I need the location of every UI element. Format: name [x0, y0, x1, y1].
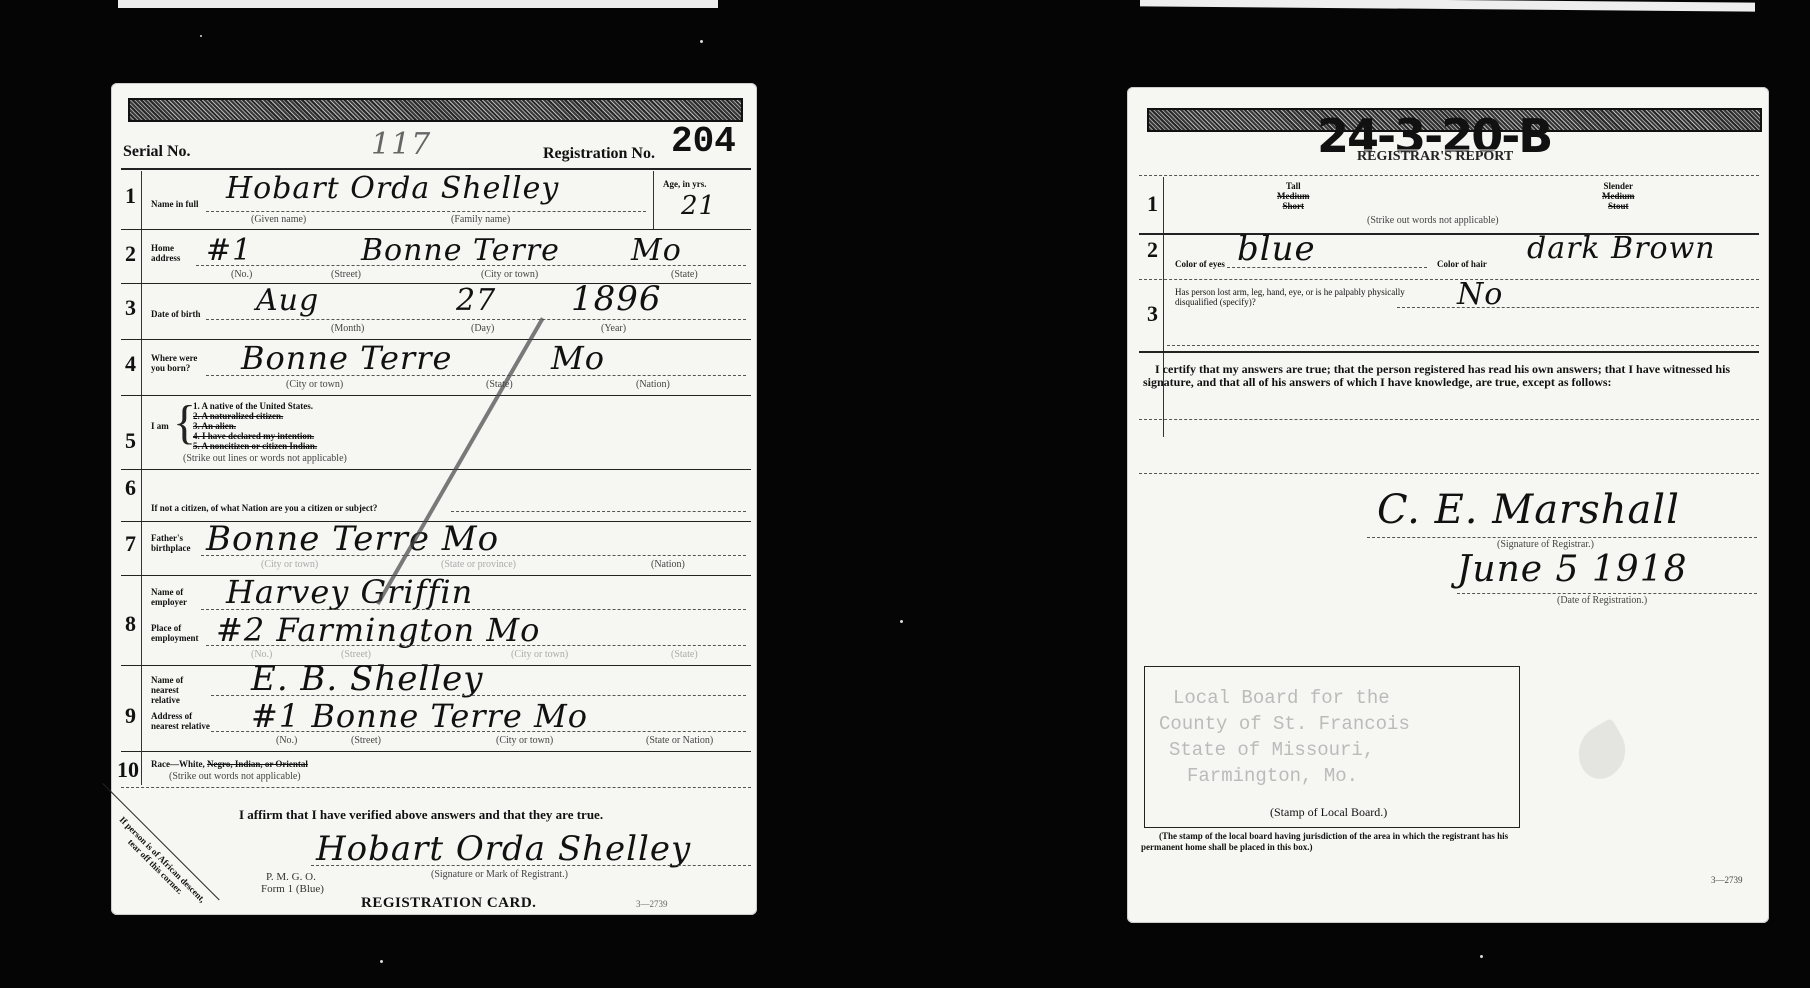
stamp-caption: (Stamp of Local Board.)	[1270, 805, 1387, 820]
registration-value: 204	[671, 121, 736, 162]
employer-label: Name of employer	[151, 587, 196, 607]
race-note: (Strike out words not applicable)	[169, 771, 301, 782]
dust-speck	[1480, 955, 1483, 958]
caption-state-nation: (State or Nation)	[646, 735, 713, 746]
row-number-2: 2	[125, 241, 136, 267]
row-number-8: 8	[125, 611, 136, 637]
age-value: 21	[681, 191, 716, 221]
citizenship-options: 1. A native of the United States. 2. A n…	[193, 401, 317, 451]
home-address-label: Home address	[151, 243, 191, 263]
card-header-banner	[128, 98, 743, 122]
dob-label: Date of birth	[151, 309, 201, 319]
relative-address-label: Address of nearest relative	[151, 711, 211, 731]
nation-question: If not a citizen, of what Nation are you…	[151, 503, 377, 513]
caption-no: (No.)	[231, 269, 252, 280]
row-number-divider	[141, 751, 142, 785]
employer-value: Harvey Griffin	[226, 573, 473, 611]
caption-nation: (Nation)	[636, 379, 670, 390]
age-divider	[653, 171, 654, 229]
registrar-signature: C. E. Marshall	[1377, 487, 1680, 533]
caption-state: (State)	[671, 649, 698, 660]
dust-speck	[200, 35, 202, 37]
race-label: Race—White, Negro, Indian, or Oriental	[151, 759, 308, 769]
height-short: Short	[1277, 201, 1310, 211]
signature-line	[311, 865, 751, 866]
caption-month: (Month)	[331, 323, 364, 334]
report-title: REGISTRAR'S REPORT	[1357, 149, 1513, 165]
divider	[121, 395, 751, 396]
eye-color-label: Color of eyes	[1175, 259, 1225, 269]
tear-off-corner-line	[102, 783, 219, 900]
dotted-line	[201, 609, 746, 610]
form-id-1: P. M. G. O.	[266, 871, 316, 883]
caption-year: (Year)	[601, 323, 626, 334]
dotted-line	[206, 645, 746, 646]
caption-street: (Street)	[351, 735, 381, 746]
strike-note: (Strike out lines or words not applicabl…	[183, 453, 347, 464]
relative-address-value: #1 Bonne Terre Mo	[251, 697, 588, 735]
strike-note: (Strike out words not applicable)	[1367, 215, 1499, 226]
row-number-2: 2	[1147, 237, 1158, 263]
divider	[121, 168, 751, 170]
caption-state: (State)	[671, 269, 698, 280]
signature-caption: (Signature or Mark of Registrant.)	[431, 869, 568, 880]
dotted-line	[201, 555, 746, 556]
age-label: Age, in yrs.	[663, 179, 707, 189]
father-birthplace-label: Father's birthplace	[151, 533, 196, 553]
dotted-line	[211, 731, 746, 732]
build-slender: Slender	[1602, 181, 1635, 191]
birthplace-value: Bonne Terre	[241, 339, 452, 377]
build-medium: Medium	[1602, 191, 1635, 201]
divider	[121, 229, 751, 230]
registrant-signature: Hobart Orda Shelley	[316, 829, 691, 869]
name-value: Hobart Orda Shelley	[226, 171, 559, 206]
row-number-5: 5	[125, 428, 136, 454]
option-2: 2. A naturalized citizen.	[193, 411, 317, 421]
home-address-state: Mo	[631, 233, 682, 268]
divider	[121, 787, 751, 788]
stamp-note: (The stamp of the local board having jur…	[1141, 831, 1521, 853]
birthplace-label: Where were you born?	[151, 353, 206, 373]
dotted-line	[1227, 267, 1427, 268]
card-title: REGISTRATION CARD.	[361, 895, 536, 912]
caption-state-province: (State or province)	[441, 559, 516, 570]
dust-speck	[380, 960, 383, 963]
dob-month: Aug	[256, 283, 319, 318]
stamp-line-3: State of Missouri,	[1159, 737, 1410, 763]
height-tall: Tall	[1277, 181, 1310, 191]
employment-place-label: Place of employment	[151, 623, 206, 643]
serial-value: 117	[371, 127, 431, 162]
dob-year: 1896	[571, 279, 662, 319]
divider	[1139, 279, 1759, 280]
caption-family-name: (Family name)	[451, 214, 510, 225]
relative-name-label: Name of nearest relative	[151, 675, 206, 705]
height-options: Tall Medium Short	[1277, 181, 1310, 211]
dust-speck	[700, 40, 703, 43]
registration-date: June 5 1918	[1457, 549, 1688, 590]
print-code: 3—2739	[1711, 875, 1743, 885]
exceptions-line	[1139, 473, 1759, 474]
signature-line	[1367, 537, 1757, 538]
row-number-1: 1	[1147, 191, 1158, 217]
option-3: 3. An alien.	[193, 421, 317, 431]
row-number-divider	[1163, 177, 1164, 437]
row-number-4: 4	[125, 351, 136, 377]
date-caption: (Date of Registration.)	[1557, 595, 1647, 606]
relative-name-value: E. B. Shelley	[251, 659, 483, 699]
stamp-text: Local Board for the County of St. Franco…	[1159, 685, 1410, 789]
watermark-icon	[1568, 718, 1636, 786]
row-number-3: 3	[1147, 301, 1158, 327]
caption-nation: (Nation)	[651, 559, 685, 570]
registration-label: Registration No.	[543, 145, 655, 163]
divider	[121, 751, 751, 752]
dotted-line	[1167, 345, 1759, 346]
disqualification-question: Has person lost arm, leg, hand, eye, or …	[1175, 287, 1405, 307]
birthplace-state: Mo	[551, 339, 605, 377]
caption-street: (Street)	[331, 269, 361, 280]
top-edge-strip-left	[118, 0, 718, 8]
hair-color-label: Color of hair	[1437, 259, 1487, 269]
dotted-line	[1397, 307, 1759, 308]
dotted-line	[206, 319, 746, 320]
row-number-1: 1	[125, 183, 136, 209]
home-address-no: #1	[206, 233, 252, 268]
caption-city: (City or town)	[481, 269, 538, 280]
caption-city: (City or town)	[511, 649, 568, 660]
home-address-city: Bonne Terre	[361, 233, 560, 268]
caption-day: (Day)	[471, 323, 494, 334]
row-number-6: 6	[125, 475, 136, 501]
dotted-line	[451, 511, 746, 512]
divider	[1139, 175, 1759, 176]
option-5: 5. A noncitizen or citizen Indian.	[193, 441, 317, 451]
row-number-3: 3	[125, 295, 136, 321]
dust-speck	[900, 620, 903, 623]
stamp-line-2: County of St. Francois	[1159, 711, 1410, 737]
top-edge-strip-right	[1140, 0, 1755, 12]
row-number-7: 7	[125, 531, 136, 557]
row-number-divider	[141, 171, 142, 671]
build-options: Slender Medium Stout	[1602, 181, 1635, 211]
caption-no: (No.)	[276, 735, 297, 746]
certify-text: I certify that my answers are true; that…	[1143, 363, 1757, 389]
caption-city: (City or town)	[261, 559, 318, 570]
dotted-line	[206, 375, 746, 376]
date-line	[1457, 593, 1757, 594]
dotted-line	[206, 211, 646, 212]
caption-given-name: (Given name)	[251, 214, 306, 225]
father-birthplace-value: Bonne Terre Mo	[206, 519, 499, 559]
tear-off-corner-note: If person is of African descent, tear of…	[110, 814, 209, 913]
registrars-report-card: 24-3-20-B REGISTRAR'S REPORT 1 Tall Medi…	[1127, 87, 1769, 923]
divider	[1139, 351, 1759, 353]
race-value: Race—White,	[151, 759, 205, 769]
row-number-10: 10	[117, 757, 139, 783]
citizenship-prefix: I am	[151, 421, 169, 431]
option-1: 1. A native of the United States.	[193, 401, 317, 411]
dotted-line	[211, 695, 746, 696]
race-struck-options: Negro, Indian, or Oriental	[207, 759, 308, 769]
caption-city: (City or town)	[286, 379, 343, 390]
stamp-line-4: Farmington, Mo.	[1159, 763, 1410, 789]
dob-day: 27	[456, 283, 496, 318]
caption-city: (City or town)	[496, 735, 553, 746]
option-4: 4. I have declared my intention.	[193, 431, 317, 441]
serial-label: Serial No.	[123, 143, 191, 161]
dotted-line	[196, 265, 746, 266]
print-code: 3—2739	[636, 899, 668, 909]
local-board-stamp-box: Local Board for the County of St. Franco…	[1144, 666, 1520, 828]
affirm-text: I affirm that I have verified above answ…	[239, 807, 603, 823]
build-stout: Stout	[1602, 201, 1635, 211]
height-medium: Medium	[1277, 191, 1310, 201]
stamp-line-1: Local Board for the	[1159, 685, 1410, 711]
registration-card: Serial No. 117 Registration No. 204 1 Na…	[111, 83, 757, 915]
exceptions-line	[1139, 419, 1759, 420]
eye-color-value: blue	[1237, 229, 1316, 269]
employment-place-value: #2 Farmington Mo	[216, 611, 540, 649]
hair-color-value: dark Brown	[1527, 231, 1716, 266]
divider	[121, 469, 751, 470]
form-id-2: Form 1 (Blue)	[261, 883, 324, 895]
row-number-9: 9	[125, 703, 136, 729]
name-label: Name in full	[151, 199, 199, 209]
